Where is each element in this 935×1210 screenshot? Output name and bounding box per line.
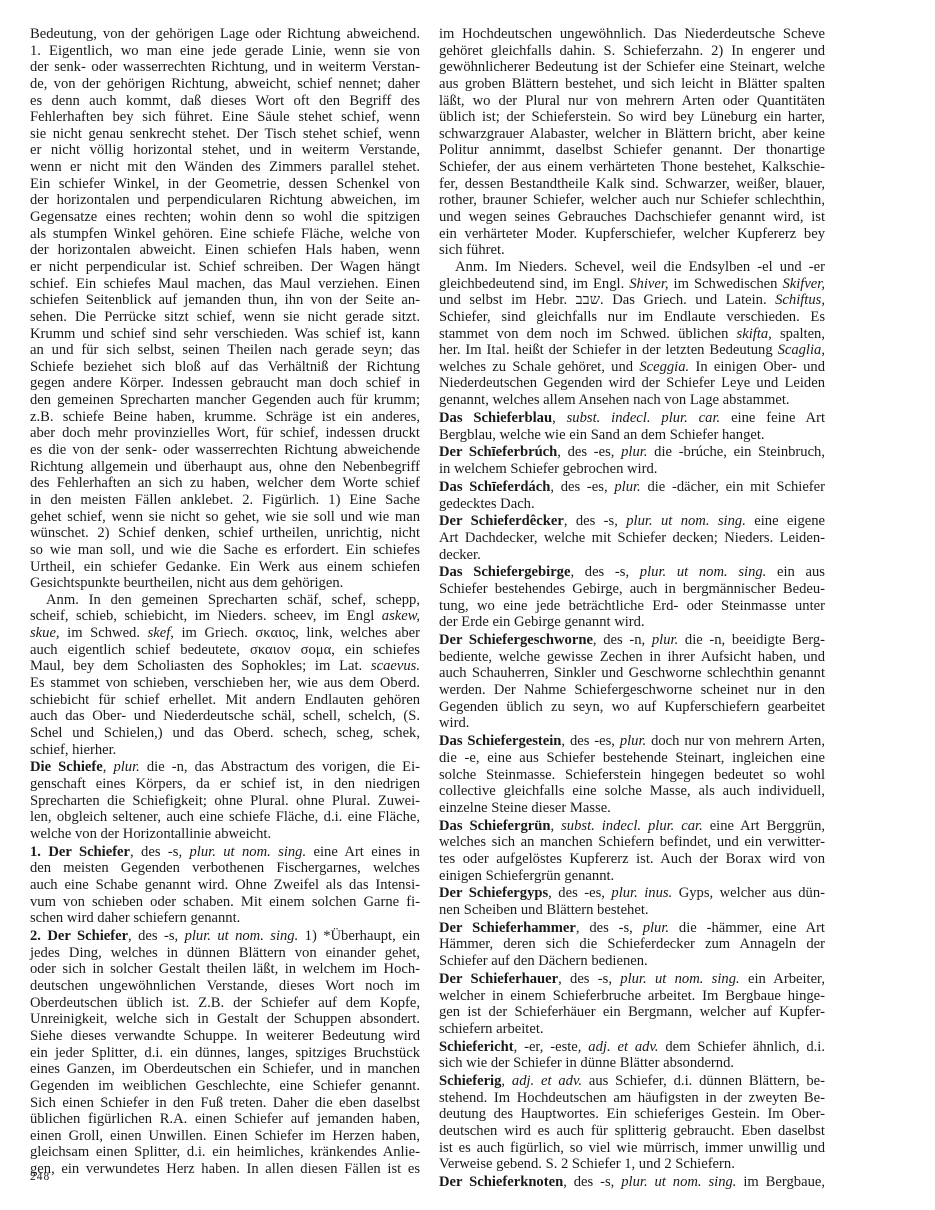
text-line: des Fehlerhaften an sich zu haben, welch… [30,475,420,492]
text-line: auch das Ober- und Niederdeutsche schäl,… [30,708,420,725]
italic-term: plur. ut nom. sing. [621,1174,736,1190]
text-line: Fehlerhaften bey sich führet. Eine Säule… [30,109,420,126]
text-run: solche Steinmasse. Schieferstein hingege… [439,767,825,783]
text-line: aus groben Blättern bestehet, und sich l… [439,76,825,93]
text-run: bediente, welche gewisse Zechen in ihrer… [439,649,825,665]
text-line: genannt, welches allem Ansehen nach von … [439,392,825,409]
headword: Schiefericht [439,1039,514,1055]
dictionary-entry: Das Schieferblau, subst. indecl. plur. c… [439,410,825,443]
text-run: Richtung allgemein und überhaupt aus, oh… [30,459,420,475]
text-line: aber doch mehr provinzielles Wort, für s… [30,425,420,442]
text-run: auch eine Schabe genannt wird. Ohne Zwei… [30,877,420,893]
text-line: eines Ganzen, im Oberdeutschen ein Schie… [30,1061,420,1078]
text-line: Schiefer bestehendes Gebirge, auch in be… [439,581,825,598]
text-run: sich wie der Schiefer in dünne Blätter a… [439,1055,734,1071]
text-line: 1. Eigentlich, wo man eine jede gerade L… [30,43,420,60]
text-line: Maul, bey dem Scholiasten des Sophokles;… [30,658,420,675]
text-run: Ein schiefer Winkel, in der Geometrie, d… [30,176,420,192]
text-line: es die von der senk- oder wasserrechten … [30,442,420,459]
text-run: schief. Ein schiefes Maul machen, das Ma… [30,276,420,292]
italic-term: skef, [148,625,174,641]
italic-term: subst. indecl. plur. car. [567,410,721,426]
text-run: und wegen seines Gebrauches Dachschiefer… [439,209,825,225]
text-run: Maul, bey dem Scholiasten des Sophokles;… [30,658,371,674]
dictionary-entry: Der Schieferknoten, des -s, plur. ut nom… [439,1174,825,1191]
right-column: im Hochdeutschen ungewöhnlich. Das Niede… [439,26,825,1192]
text-run: in den meisten Fällen anklebet. 2. Figür… [30,492,420,508]
text-line: Unreinigkeit, welche sich in Gestalt der… [30,1011,420,1028]
text-line: Schiefer auf den Dächern bedienen. [439,953,825,970]
text-line: gleichsam einen Splitter, d.i. ein heiml… [30,1144,420,1161]
text-line: collective gleichfalls eine solche Masse… [439,783,825,800]
text-run: , des -s, [563,1174,621,1190]
text-line: gedecktes Dach. [439,496,825,513]
text-line: gleichbedeutend sind, im Engl. Shiver, i… [439,276,825,293]
text-line: Art Dachdecker, welche mit Schiefer deck… [439,530,825,547]
text-line: an und für sich selbst, seinen Theilen n… [30,342,420,359]
italic-term: adj. et adv. [588,1039,658,1055]
text-run: , -er, -este, [514,1039,589,1055]
text-run: , [551,818,562,834]
dictionary-entry: Der Schieferdêcker, des -s, plur. ut nom… [439,513,825,563]
entry-spacing [30,1178,420,1179]
text-run: dem Schiefer ähnlich, d.i. [659,1039,825,1055]
text-run: jedes Ding, welches in dünnen Blättern v… [30,945,420,961]
text-line: welcher in einem Schieferbruche arbeitet… [439,988,825,1005]
text-run: Schel und Schielen,) und das Oberd. sche… [30,725,420,741]
headword: Das Schiefergebirge [439,564,570,580]
text-run: deutung des Hauptwortes. Ein schieferige… [439,1106,825,1122]
text-run: ein Arbeiter, [740,971,825,987]
text-run: üblichen figürlichen R.A. einen Schiefer… [30,1111,420,1127]
text-run: deutschen ungewöhnlichen Verstande, dies… [30,978,420,994]
text-run: stammet von dem noch im Schwed. üblichen [439,326,737,342]
headword: Der Schiefergyps [439,885,548,901]
text-run: schiefern arbeitet. [439,1021,544,1037]
text-line: Der Schiefergeschworne, des -n, plur. di… [439,632,825,649]
headword: 1. Der Schiefer [30,844,130,860]
text-line: welches zu Schale gehöret, und Sceggia. … [439,359,825,376]
text-run: scheif, schieb, schiebicht, im Nieders. … [30,608,382,624]
headword: Der Schieferknoten [439,1174,563,1190]
text-line: er nicht perpendicular ist. Schief schre… [30,259,420,276]
text-run: der senk- oder wasserrechten Richtung, u… [30,59,420,75]
text-run: Niederdeutschen Gegenden wird der Schief… [439,375,825,391]
text-run: , des -es, [550,479,614,495]
text-line: auch eigentlich schief bedeutete, σκαιον… [30,642,420,659]
text-paragraph: im Hochdeutschen ungewöhnlich. Das Niede… [439,26,825,259]
text-run: es denn auch kommt, daß dieses Wort oft … [30,93,420,109]
text-run: die -n, beeidigte Berg- [678,632,825,648]
text-line: Der Schieferknoten, des -s, plur. ut nom… [439,1174,825,1191]
text-run: üblich ist; der Schieferstein. So wird b… [439,109,825,125]
text-line: welche von der Horizontallinie abweicht. [30,826,420,843]
text-run: den gemeinen Sprecharten mancher Gegende… [30,392,420,408]
text-run: der Erde ein Gebirge genannt wird. [439,614,645,630]
text-line: Sprecharten die Schiefigkeit; ohne Plura… [30,793,420,810]
text-run: wünschet. 2) Schief denken, schief urthe… [30,525,420,541]
text-run: , des -s, [576,920,643,936]
italic-term: plur. ut nom. sing. [185,928,299,944]
text-line: de, von der gehörigen Richtung, abweicht… [30,76,420,93]
text-run: eine Art eines in [306,844,420,860]
text-line: ist es auch figürlich, so viel wie mürri… [439,1140,825,1157]
text-run: Gesichtspunkte beurtheilen, nicht aus de… [30,575,343,591]
text-line: Das Schieferblau, subst. indecl. plur. c… [439,410,825,427]
text-line: Schel und Schielen,) und das Oberd. sche… [30,725,420,742]
italic-term: Skifver, [782,276,825,292]
text-run: , des -s, [130,844,189,860]
text-run: , des -es, [557,444,621,460]
text-line: Gegenden üblich zu seyn, wo auf Kupfersc… [439,699,825,716]
dictionary-entry: 1. Der Schiefer, des -s, plur. ut nom. s… [30,844,420,927]
text-line: den meisten Gegenden verbothenen Fischer… [30,860,420,877]
text-run: der horizontalen und perpendicularen Ric… [30,192,420,208]
text-line: der Erde ein Gebirge genannt wird. [439,614,825,631]
text-line: Bergblau, welche wie ein Sand an dem Sch… [439,427,825,444]
text-run: schen wird daher schiefern genannt. [30,910,240,926]
text-line: Gegenden im weiblichen Geschlechte, eine… [30,1078,420,1095]
text-run: Politur annimmt, daselbst Schiefer genan… [439,142,825,158]
etymology-note: Anm. In den gemeinen Sprecharten schäf, … [30,592,420,758]
text-run: Siehe dieses verwandte Schuppe. In weite… [30,1028,420,1044]
text-run: rother, brauner Schiefer, welcher auch n… [439,192,825,208]
text-run: als stumpfen Winkel gehören. Eine schief… [30,226,420,242]
text-line: len, obgleich seltener, auch eine schief… [30,809,420,826]
text-line: im Hochdeutschen ungewöhnlich. Das Niede… [439,26,825,43]
text-run: Bedeutung, von der gehörigen Lage oder R… [30,26,420,42]
text-run: gleichsam einen Splitter, d.i. ein heiml… [30,1144,420,1160]
italic-term: plur. ut nom. sing. [189,844,306,860]
text-line: es denn auch kommt, daß dieses Wort oft … [30,93,420,110]
dictionary-entry: Der Schiefergyps, des -es, plur. inus. G… [439,885,825,918]
text-line: Ein schiefer Winkel, in der Geometrie, d… [30,176,420,193]
text-run: collective gleichfalls eine solche Masse… [439,783,825,799]
text-line: Es stammet von schieben, verschieben her… [30,675,420,692]
text-run: , des -s, [570,564,639,580]
text-line: auch eine Schabe genannt wird. Ohne Zwei… [30,877,420,894]
italic-term: plur. ut nom. sing. [626,513,746,529]
dictionary-entry: Das Schiefergrün, subst. indecl. plur. c… [439,818,825,885]
text-line: gen, ein verwundetes Herz haben. In alle… [30,1161,420,1178]
text-line: Schiefer, der aus einem verhärteten Thon… [439,159,825,176]
text-run: des Fehlerhaften an sich zu haben, welch… [30,475,420,491]
text-run: Hämmer, deren sich die Schieferdecker zu… [439,936,825,952]
text-line: Schiefe beziehet sich bloß auf das Verhä… [30,359,420,376]
text-run: her. Im Ital. heißt der Schiefer in der … [439,342,778,358]
text-line: Politur annimmt, daselbst Schiefer genan… [439,142,825,159]
text-line: Niederdeutschen Gegenden wird der Schief… [439,375,825,392]
dictionary-entry: Das Schiefergestein, des -es, plur. doch… [439,733,825,816]
text-run: Gyps, welcher aus dün- [672,885,825,901]
italic-term: Shiver, [629,276,668,292]
text-line: gen ist der Schieferhäuer ein Bergmann, … [439,1004,825,1021]
text-run: auch eigentlich schief bedeutete, σκαιον… [30,642,420,658]
text-line: sehen. Die Perrücke sitzt schief, wenn s… [30,309,420,326]
text-run: gehöret gleichfalls dahin. S. Schieferza… [439,43,825,59]
text-run: gehet schief, wenn sie nicht so gehet, w… [30,509,420,525]
text-line: tes oder aufgelöstes Kupfererz ist. Auch… [439,851,825,868]
headword: Der Schīeferbrúch [439,444,557,460]
text-run: z.B. schiefe Beine haben, krumme. Schräg… [30,409,420,425]
text-line: und selbst im Hebr. שבב. Das Griech. und… [439,292,825,309]
italic-term: plur. ut nom. sing. [640,564,767,580]
text-line: her. Im Ital. heißt der Schiefer in der … [439,342,825,359]
text-run: Schiefer auf den Dächern bedienen. [439,953,648,969]
text-run: , des -s, [564,513,626,529]
text-run: Schiefer, sind gleichfalls nur im Endlau… [439,309,825,325]
italic-term: plur. [620,733,646,749]
dictionary-entry: Der Schieferhammer, des -s, plur. die -h… [439,920,825,970]
text-run: eines Ganzen, im Oberdeutschen ein Schie… [30,1061,420,1077]
text-line: jedes Ding, welches in dünnen Blättern v… [30,945,420,962]
text-run: Bergblau, welche wie ein Sand an dem Sch… [439,427,765,443]
text-line: werden. Der Nahme Schiefergeschworne sch… [439,682,825,699]
text-run: auch das Ober- und Niederdeutsche schäl,… [30,708,420,724]
text-run: Schiefer bestehendes Gebirge, auch in be… [439,581,825,597]
text-run: welches zu Schale gehöret, und [439,359,639,375]
italic-term: Scaglia, [778,342,825,358]
text-line: Der Schieferhauer, des -s, plur. ut nom.… [439,971,825,988]
text-line: wird. [439,715,825,732]
text-line: Das Schiefergrün, subst. indecl. plur. c… [439,818,825,835]
text-line: Anm. In den gemeinen Sprecharten schäf, … [30,592,420,609]
text-line: solche Steinmasse. Schieferstein hingege… [439,767,825,784]
text-line: scheif, schieb, schiebicht, im Nieders. … [30,608,420,625]
text-run: Krumm und schief sind sehr verschieden. … [30,326,420,342]
text-run: die -n, das Abstractum des vorigen, die … [140,759,420,775]
text-run: Es stammet von schieben, verschieben her… [30,675,420,691]
text-line: gehet schief, wenn sie nicht so gehet, w… [30,509,420,526]
text-run: , [552,410,567,426]
text-run: tes oder aufgelöstes Kupfererz ist. Auch… [439,851,825,867]
text-run: die -brúche, ein Steinbruch, [647,444,825,460]
text-run: der horizontalen abweicht. Einen schiefe… [30,242,420,258]
text-run: Oberdeutschen üblich ist. Z.B. der Schie… [30,995,420,1011]
text-line: deutschen ungewöhnlichen Verstande, dies… [30,978,420,995]
text-line: nen Scheiben und Blättern bestehet. [439,902,825,919]
text-line: in welchem Schiefer gebrochen wird. [439,461,825,478]
text-run: die -dächer, ein mit Schiefer [641,479,825,495]
italic-term: scaevus. [371,658,420,674]
text-line: decker. [439,547,825,564]
text-line: der horizontalen und perpendicularen Ric… [30,192,420,209]
entry-spacing [439,1191,825,1192]
text-line: schief, hierher. [30,742,420,759]
text-run: , des -s, [128,928,185,944]
text-run: sie nicht genau senkrecht stehet. Der Ti… [30,126,420,142]
text-line: er nicht völlig horizontal stehet, und i… [30,142,420,159]
text-line: gehöret gleichfalls dahin. S. Schieferza… [439,43,825,60]
italic-term: plur. [643,920,669,936]
text-run: gen ist der Schieferhäuer ein Bergmann, … [439,1004,825,1020]
text-run: decker. [439,547,481,563]
text-line: skue, im Schwed. skef, im Griech. σκαιος… [30,625,420,642]
text-line: und wegen seines Gebrauches Dachschiefer… [439,209,825,226]
text-run: Schiefer, der aus einem verhärteten Thon… [439,159,825,175]
etymology-note: Anm. Im Nieders. Schevel, weil die Endsy… [439,259,825,409]
text-run: stehend. Im Hochdeutschen am häufigsten … [439,1090,825,1106]
text-run: genannt, welches allem Ansehen nach von … [439,392,790,408]
dictionary-entry: Der Schiefergeschworne, des -n, plur. di… [439,632,825,732]
text-run: welcher in einem Schieferbruche arbeitet… [439,988,825,1004]
text-run: sehen. Die Perrücke sitzt schief, wenn s… [30,309,420,325]
text-line: Der Schīeferbrúch, des -es, plur. die -b… [439,444,825,461]
text-run: fer, dessen Bestandtheile Kalk sind. Sch… [439,176,825,192]
headword: Die Schiefe [30,759,103,775]
text-run: gen, ein verwundetes Herz haben. In alle… [30,1161,420,1177]
text-run: ist es auch figürlich, so viel wie mürri… [439,1140,825,1156]
text-line: Das Schīeferdách, des -es, plur. die -dä… [439,479,825,496]
text-run: Verweise gebend. S. 2 Schiefer 1, und 2 … [439,1156,735,1172]
text-line: so wie man soll, und wie die Sache es er… [30,542,420,559]
text-run: im Hochdeutschen ungewöhnlich. Das Niede… [439,26,825,42]
text-line: Oberdeutschen üblich ist. Z.B. der Schie… [30,995,420,1012]
text-run: er nicht perpendicular ist. Schief schre… [30,259,420,275]
italic-term: plur. [621,444,647,460]
text-run: einigen Schiefergrün genannt. [439,868,614,884]
italic-term: plur. [113,759,139,775]
text-run: im Schwed. [60,625,148,641]
text-run: Gegenden üblich zu seyn, wo auf Kupfersc… [439,699,825,715]
italic-term: adj. et adv. [512,1073,582,1089]
text-line: Bedeutung, von der gehörigen Lage oder R… [30,26,420,43]
text-line: einzelne Steine dieser Masse. [439,800,825,817]
dictionary-entry: Die Schiefe, plur. die -n, das Abstractu… [30,759,420,842]
dictionary-entry: Das Schiefergebirge, des -s, plur. ut no… [439,564,825,631]
text-run: Anm. Im Nieders. Schevel, weil die Endsy… [455,259,825,275]
text-run: deutschen wird es auch für splitterig ge… [439,1123,825,1139]
dictionary-entry: Das Schīeferdách, des -es, plur. die -dä… [439,479,825,512]
page-number: 248 [30,1171,50,1183]
text-line: der horizontalen abweicht. Einen schiefe… [30,242,420,259]
text-run: len, obgleich seltener, auch eine schief… [30,809,420,825]
text-line: deutung des Hauptwortes. Ein schieferige… [439,1106,825,1123]
text-line: die -e, eine aus Schiefer bestehende Ste… [439,750,825,767]
headword: Der Schieferdêcker [439,513,564,529]
text-run: wenn er nicht mit den Wänden des Zimmers… [30,159,420,175]
text-run: Anm. In den gemeinen Sprecharten schäf, … [46,592,420,608]
text-run: schiebicht für schief erhellet. Mit ande… [30,692,420,708]
text-line: üblich ist; der Schieferstein. So wird b… [439,109,825,126]
text-line: fer, dessen Bestandtheile Kalk sind. Sch… [439,176,825,193]
text-line: Der Schieferhammer, des -s, plur. die -h… [439,920,825,937]
text-run: den meisten Gegenden verbothenen Fischer… [30,860,420,876]
dictionary-entry: Schieferig, adj. et adv. aus Schiefer, d… [439,1073,825,1173]
text-line: wenn er nicht mit den Wänden des Zimmers… [30,159,420,176]
text-line: Die Schiefe, plur. die -n, das Abstractu… [30,759,420,776]
italic-term: askew, [382,608,420,624]
text-run: , des -es, [561,733,619,749]
text-run: , des -n, [593,632,652,648]
text-line: z.B. schiefe Beine haben, krumme. Schräg… [30,409,420,426]
text-run: tung, wo eine jede beträchtliche Erd- od… [439,598,825,614]
text-line: Siehe dieses verwandte Schuppe. In weite… [30,1028,420,1045]
text-line: Sich einen Schiefer in den Fuß treten. D… [30,1095,420,1112]
text-run: 1. Eigentlich, wo man eine jede gerade L… [30,43,420,59]
text-run: im Griech. σκαιος, link, welches aber [174,625,420,641]
text-run: vum von schieben oder schaben. Mit einem… [30,894,420,910]
text-run: doch nur von mehrern Arten, [646,733,825,749]
text-run: Sich einen Schiefer in den Fuß treten. D… [30,1095,420,1111]
text-line: schen wird daher schiefern genannt. [30,910,420,927]
text-run: , [501,1073,511,1089]
text-run: , des -es, [548,885,611,901]
text-run: schief, hierher. [30,742,116,758]
text-run: im Schwedischen [669,276,783,292]
text-line: Gesichtspunkte beurtheilen, nicht aus de… [30,575,420,592]
text-line: stammet von dem noch im Schwed. üblichen… [439,326,825,343]
text-run: gegen andere Körper. Indessen gebraucht … [30,375,420,391]
text-run: Unreinigkeit, welche sich in Gestalt der… [30,1011,420,1027]
text-run: gewöhnlicherer Bedeutung ist der Schiefe… [439,59,825,75]
text-run: an und für sich selbst, seinen Theilen n… [30,342,420,358]
text-run: im Bergbaue, [736,1174,825,1190]
text-line: einigen Schiefergrün genannt. [439,868,825,885]
text-run: einen Groll, einen Unwillen. Einen Schie… [30,1128,420,1144]
text-run: oder sich in solcher Gestalt theilen läß… [30,961,420,977]
text-line: üblichen figürlichen R.A. einen Schiefer… [30,1111,420,1128]
text-run: aus Schiefer, d.i. dünnen Blättern, be- [582,1073,825,1089]
text-line: schiefern arbeitet. [439,1021,825,1038]
text-run: einzelne Steine dieser Masse. [439,800,611,816]
text-line: Verweise gebend. S. 2 Schiefer 1, und 2 … [439,1156,825,1173]
text-line: rother, brauner Schiefer, welcher auch n… [439,192,825,209]
headword: Das Schiefergestein [439,733,561,749]
text-line: Schiefericht, -er, -este, adj. et adv. d… [439,1039,825,1056]
text-run: und selbst im Hebr. שבב. Das Griech. und… [439,292,775,308]
text-line: wünschet. 2) Schief denken, schief urthe… [30,525,420,542]
text-run: sich führet. [439,242,505,258]
text-run: In einigen Ober- und [689,359,825,375]
text-run: wird. [439,715,469,731]
text-line: welches sich an manchen Schiefern befind… [439,834,825,851]
text-line: einen Groll, einen Unwillen. Einen Schie… [30,1128,420,1145]
text-run: 1) *Überhaupt, ein [298,928,420,944]
text-line: läßt, wo der Plural nur von mehrern Arte… [439,93,825,110]
text-run: eine feine Art [720,410,825,426]
text-run: auch Schauherren, Sinkler und Geschworne… [439,665,825,681]
text-line: schief. Ein schiefes Maul machen, das Ma… [30,276,420,293]
dictionary-entry: Der Schieferhauer, des -s, plur. ut nom.… [439,971,825,1038]
text-run: Art Dachdecker, welche mit Schiefer deck… [439,530,825,546]
dictionary-entry: 2. Der Schiefer, des -s, plur. ut nom. s… [30,928,420,1178]
text-run: nen Scheiben und Blättern bestehet. [439,902,649,918]
text-line: Der Schiefergyps, des -es, plur. inus. G… [439,885,825,902]
text-run: eine eigene [746,513,825,529]
text-line: 1. Der Schiefer, des -s, plur. ut nom. s… [30,844,420,861]
text-line: Hämmer, deren sich die Schieferdecker zu… [439,936,825,953]
dictionary-page: Bedeutung, von der gehörigen Lage oder R… [0,0,935,1210]
text-line: sich wie der Schiefer in dünne Blätter a… [439,1055,825,1072]
text-run: schiefen Seitenblick auf jemanden thun, … [30,292,420,308]
text-line: schiefen Seitenblick auf jemanden thun, … [30,292,420,309]
text-run: die -e, eine aus Schiefer bestehende Ste… [439,750,825,766]
text-line: tung, wo eine jede beträchtliche Erd- od… [439,598,825,615]
text-line: oder sich in solcher Gestalt theilen läß… [30,961,420,978]
left-column: Bedeutung, von der gehörigen Lage oder R… [30,26,420,1179]
text-run: welche von der Horizontallinie abweicht. [30,826,271,842]
text-line: genschaft eines Körpers, da er schief is… [30,776,420,793]
headword: Der Schiefergeschworne [439,632,593,648]
text-run: werden. Der Nahme Schiefergeschworne sch… [439,682,825,698]
text-line: den gemeinen Sprecharten mancher Gegende… [30,392,420,409]
headword: Das Schiefergrün [439,818,551,834]
text-run: ein aus [766,564,825,580]
text-line: bediente, welche gewisse Zechen in ihrer… [439,649,825,666]
italic-term: skifta, [737,326,772,342]
text-run: es die von der senk- oder wasserrechten … [30,442,420,458]
